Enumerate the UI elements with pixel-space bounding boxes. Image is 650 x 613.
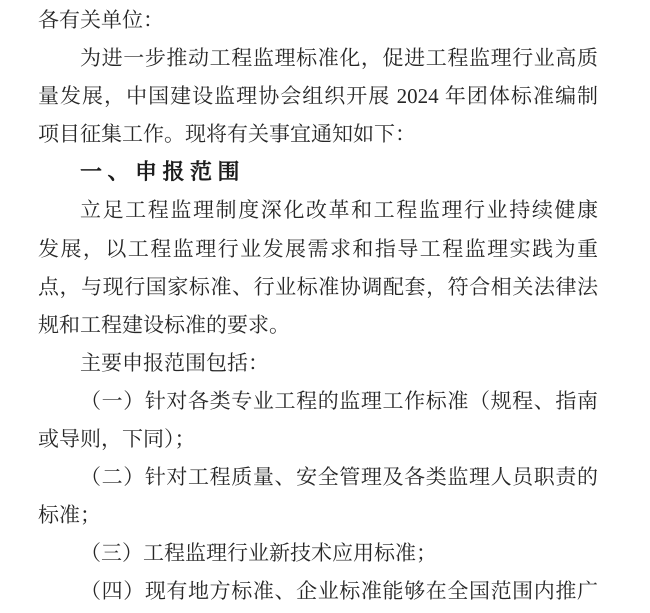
text-line: 发展，以工程监理行业发展需求和指导工程监理实践为重 — [38, 230, 598, 268]
text-line: （二）针对工程质量、安全管理及各类监理人员职责的 — [38, 458, 598, 496]
text-line: 或导则，下同）； — [38, 420, 598, 458]
text-line: （四）现有地方标准、企业标准能够在全国范围内推广 — [38, 572, 598, 610]
text-line: 立足工程监理制度深化改革和工程监理行业持续健康 — [38, 191, 598, 229]
notice-text-block: 各有关单位：为进一步推动工程监理标准化，促进工程监理行业高质量发展，中国建设监理… — [38, 1, 598, 611]
section-heading: 一、申报范围 — [38, 153, 598, 191]
text-line: 标准； — [38, 496, 598, 534]
text-line: 为进一步推动工程监理标准化，促进工程监理行业高质 — [38, 39, 598, 77]
text-line: （一）针对各类专业工程的监理工作标准（规程、指南 — [38, 382, 598, 420]
text-line: （三）工程监理行业新技术应用标准； — [38, 534, 598, 572]
text-line: 项目征集工作。现将有关事宜通知如下： — [38, 115, 598, 153]
text-line: 各有关单位： — [38, 1, 598, 39]
document-page: 各有关单位：为进一步推动工程监理标准化，促进工程监理行业高质量发展，中国建设监理… — [0, 0, 650, 613]
text-line: 规和工程建设标准的要求。 — [38, 306, 598, 344]
text-line: 主要申报范围包括： — [38, 344, 598, 382]
text-line: 量发展，中国建设监理协会组织开展 2024 年团体标准编制 — [38, 77, 598, 115]
text-line: 点，与现行国家标准、行业标准协调配套，符合相关法律法 — [38, 268, 598, 306]
